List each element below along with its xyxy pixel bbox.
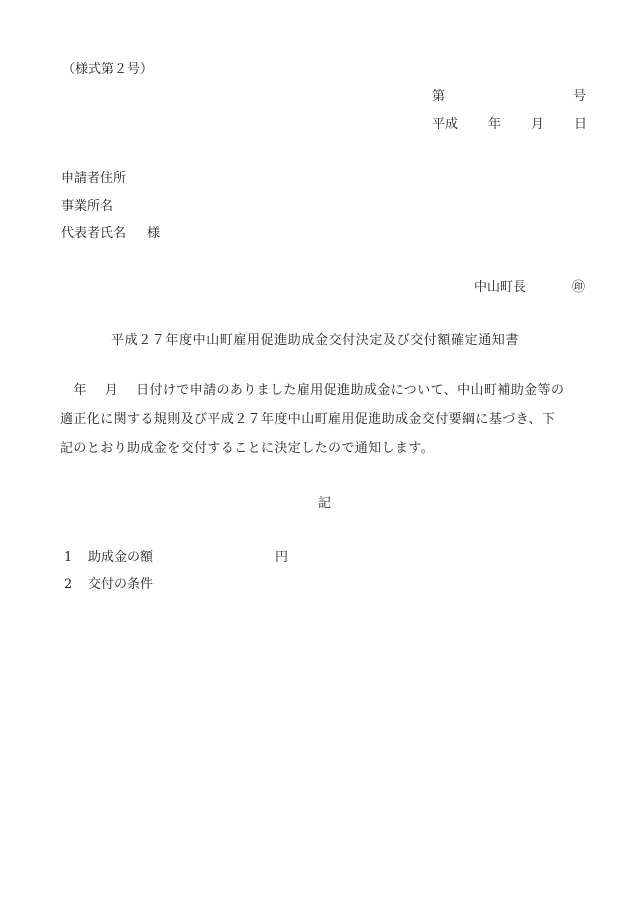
issuer-title: 中山町長 bbox=[474, 280, 526, 296]
ki-heading: 記 bbox=[318, 496, 331, 512]
body-line-1: 年 月 日付けで申請のありました雇用促進助成金について、中山町補助金等の bbox=[60, 383, 564, 399]
item-1-label: 助成金の額 bbox=[88, 550, 153, 566]
document-number-suffix: 号 bbox=[573, 89, 586, 105]
body-line-3: 記のとおり助成金を交付することに決定したので通知します。 bbox=[60, 441, 434, 457]
body-line-2: 適正化に関する規則及び平成２７年度中山町雇用促進助成金交付要綱に基づき、下 bbox=[60, 412, 555, 428]
item-2-number: 2 bbox=[64, 577, 72, 593]
date-year-label: 年 bbox=[488, 117, 501, 133]
representative-name-label: 代表者氏名 bbox=[61, 226, 126, 242]
office-name-label: 事業所名 bbox=[61, 199, 113, 215]
item-1-unit: 円 bbox=[275, 550, 288, 566]
item-2-label: 交付の条件 bbox=[88, 577, 153, 593]
applicant-address-label: 申請者住所 bbox=[61, 171, 126, 187]
form-number: （様式第２号） bbox=[62, 62, 153, 78]
document-title: 平成２７年度中山町雇用促進助成金交付決定及び交付額確定通知書 bbox=[111, 333, 519, 349]
honorific: 様 bbox=[147, 226, 160, 242]
document-number-prefix: 第 bbox=[432, 89, 445, 105]
seal-mark-icon: ㊞ bbox=[572, 280, 585, 296]
date-month-label: 月 bbox=[531, 117, 544, 133]
item-1-number: 1 bbox=[64, 550, 72, 566]
date-era: 平成 bbox=[432, 117, 458, 133]
date-day-label: 日 bbox=[574, 117, 587, 133]
